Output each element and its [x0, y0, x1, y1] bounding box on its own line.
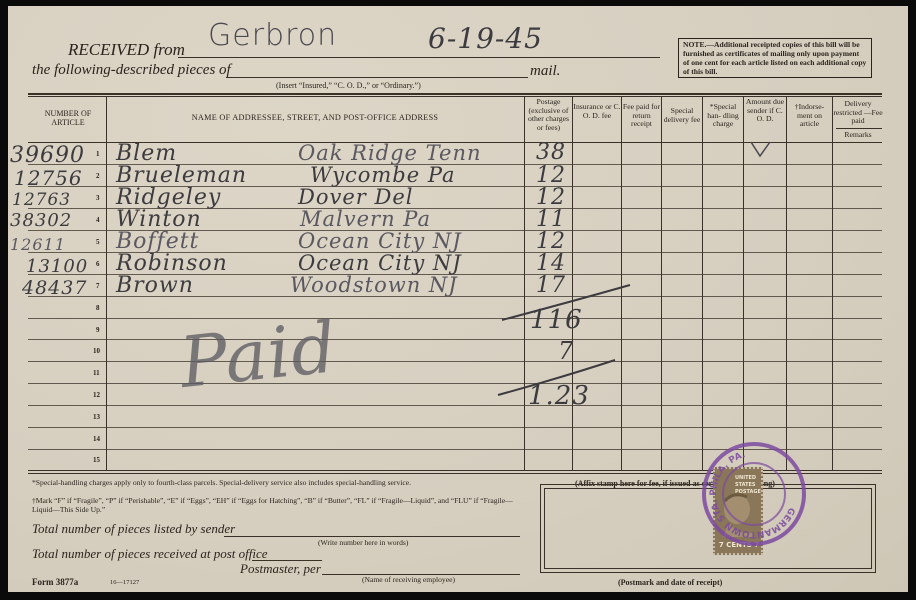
- insert-hint: (Insert “Insured,” “C. O. D.,” or “Ordin…: [276, 81, 421, 90]
- header-special-delivery: Special delivery fee: [662, 107, 702, 124]
- addition-value: 7: [558, 337, 574, 365]
- header-amount-due: Amount due sender if C. O. D.: [744, 98, 786, 124]
- col-divider: [743, 96, 744, 471]
- footnote-special-handling: *Special-handling charges apply only to …: [32, 478, 532, 487]
- article-number[interactable]: 39690: [10, 143, 85, 168]
- row-rule: [28, 383, 882, 384]
- header-name: NAME OF ADDRESSEE, STREET, AND POST-OFFI…: [110, 114, 520, 123]
- total-value: 1.23: [528, 381, 590, 411]
- pieces-of-field[interactable]: [230, 62, 520, 77]
- addressee-address[interactable]: Woodstown NJ: [290, 273, 458, 297]
- col-divider: [786, 96, 787, 471]
- form-number: Form 3877a: [32, 577, 78, 587]
- note-box: NOTE.—Additional receipted copies of thi…: [678, 38, 872, 78]
- svg-text:GERMANTOWN STA. PHILA. PA.: GERMANTOWN STA. PHILA. PA.: [706, 446, 802, 542]
- col-divider: [661, 96, 662, 471]
- row-rule: [28, 427, 882, 428]
- article-number[interactable]: 38302: [10, 210, 72, 231]
- subtotal-value: 116: [530, 305, 583, 335]
- row-number: 5: [96, 238, 100, 246]
- addressee-name[interactable]: Brown: [116, 273, 194, 298]
- received-from-value[interactable]: Gerbron: [208, 18, 337, 53]
- print-code: 16—17127: [110, 579, 139, 586]
- header-number: NUMBER OF ARTICLE: [30, 110, 106, 127]
- date-value[interactable]: 6-19-45: [428, 22, 543, 55]
- article-number[interactable]: 48437: [22, 277, 87, 299]
- header-delivery-restricted: Delivery restricted —Fee paid: [833, 100, 883, 126]
- header-indorsement: †Indorse- ment on article: [787, 103, 832, 129]
- row-number: 6: [96, 260, 100, 268]
- total-listed-field[interactable]: [226, 522, 518, 536]
- col-divider: [832, 96, 833, 471]
- postmaster-field[interactable]: [324, 561, 518, 574]
- article-number[interactable]: 12611: [10, 235, 66, 254]
- addressee-address[interactable]: Malvern Pa: [300, 207, 431, 231]
- header-return-fee: Fee paid for return receipt: [622, 103, 661, 129]
- footnote-marks: †Mark “F” if “Fragile”, “P” if “Perishab…: [32, 496, 532, 514]
- postmaster-hint: (Name of receiving employee): [362, 575, 455, 584]
- row-number: 13: [93, 413, 100, 421]
- total-listed-label: Total number of pieces listed by sender: [32, 521, 235, 537]
- addressee-address[interactable]: Dover Del: [298, 185, 413, 209]
- row-number: 4: [96, 216, 100, 224]
- header-insurance: Insurance or C. O. D. fee: [573, 103, 621, 120]
- total-listed-hint: (Write number here in words): [318, 538, 408, 547]
- article-number[interactable]: 12756: [14, 166, 83, 190]
- row-number: 8: [96, 304, 100, 312]
- pieces-of-label: the following-described pieces of: [32, 62, 231, 79]
- row-rule: [28, 361, 882, 362]
- remarks-divider: [836, 128, 882, 129]
- row-number: 2: [96, 172, 100, 180]
- row-number: 9: [96, 326, 100, 334]
- postage-value[interactable]: 38: [536, 140, 566, 165]
- table-top-rule: [28, 93, 882, 95]
- mail-label: mail.: [530, 63, 560, 80]
- header-special-handling: *Special han- dling charge: [703, 103, 743, 129]
- row-rule: [28, 339, 882, 340]
- addressee-address[interactable]: Ocean City NJ: [298, 229, 462, 253]
- total-listed-line: [224, 536, 520, 537]
- row-number: 12: [93, 391, 100, 399]
- row-number: 11: [93, 369, 100, 377]
- row-number: 10: [93, 347, 100, 355]
- received-from-line: [178, 57, 660, 58]
- header-postage: Postage (exclusive of other charges or f…: [525, 98, 572, 132]
- header-remarks: Remarks: [833, 131, 883, 140]
- row-number: 7: [96, 282, 100, 290]
- postmark-text-icon: GERMANTOWN STA. PHILA. PA.: [706, 446, 802, 542]
- article-number[interactable]: 13100: [26, 256, 88, 277]
- signature: Paid: [176, 307, 340, 403]
- received-from-label: RECEIVED from: [68, 40, 185, 60]
- pieces-of-line: [226, 77, 528, 78]
- total-received-field[interactable]: [254, 546, 320, 560]
- row-number: 14: [93, 435, 100, 443]
- col-divider: [106, 96, 107, 471]
- note-text: NOTE.—Additional receipted copies of thi…: [683, 40, 866, 76]
- addressee-address[interactable]: Wycombe Pa: [310, 163, 456, 187]
- row-number: 1: [96, 150, 100, 158]
- total-received-label: Total number of pieces received at post …: [32, 546, 268, 562]
- postmark: GERMANTOWN STA. PHILA. PA.: [706, 446, 802, 542]
- addressee-address[interactable]: Ocean City NJ: [298, 251, 462, 275]
- postmaster-label: Postmaster, per: [240, 561, 321, 577]
- article-number[interactable]: 12763: [12, 190, 71, 210]
- col-divider: [702, 96, 703, 471]
- row-number: 15: [93, 456, 100, 464]
- row-number: 3: [96, 194, 100, 202]
- postmark-label: (Postmark and date of receipt): [618, 578, 722, 587]
- addressee-address[interactable]: Oak Ridge Tenn: [298, 141, 482, 165]
- check-mark: [748, 140, 778, 160]
- row-rule: [28, 405, 882, 406]
- row-rule: [28, 318, 882, 319]
